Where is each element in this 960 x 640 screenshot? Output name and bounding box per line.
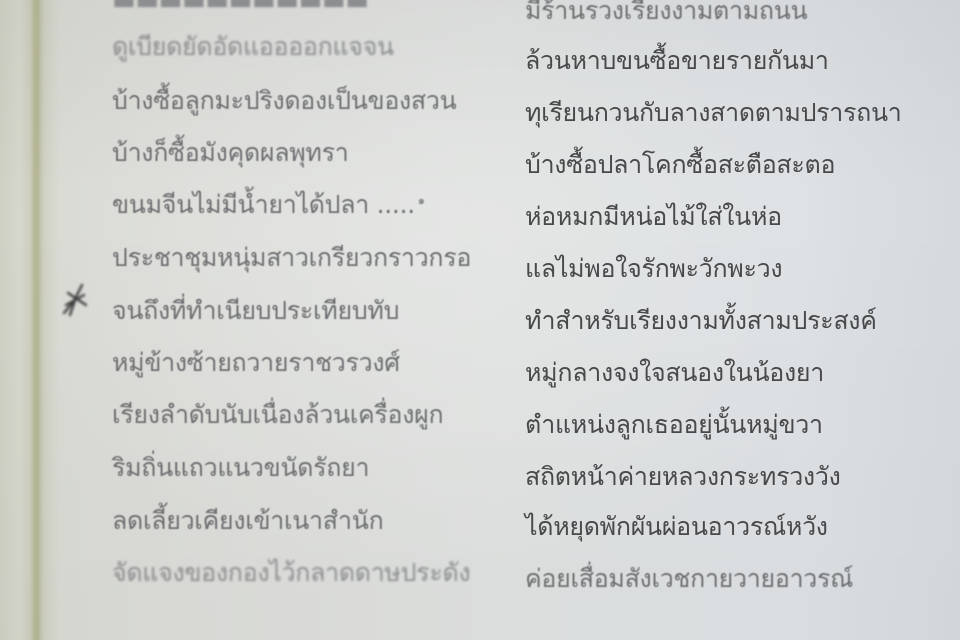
poem-line-left: หมู่ข้างซ้ายถวายราชวรวงศ์	[112, 350, 400, 375]
poem-line-right: ตำแหน่งลูกเธออยู่นั้นหมู่ขวา	[525, 412, 823, 437]
poem-line-left: ริมถิ่นแถวแนวขนัดรัถยา	[112, 455, 369, 480]
poem-line-left: บ้างซื้อลูกมะปริงดองเป็นของสวน	[112, 88, 456, 113]
footnote-marker: ๑	[418, 194, 425, 207]
poem-line-left: เรียงลำดับนับเนื่องล้วนเครื่องผูก	[112, 402, 443, 427]
poem-line-left: ▬▬▬▬▬▬▬▬▬▬▬	[112, 0, 369, 13]
poem-line-right: มีร้านรวงเรียงงามตามถนน	[525, 0, 807, 23]
poem-line-text: ขนมจีนไม่มีน้ำยาได้ปลา .....	[112, 190, 415, 219]
poem-line-right: ทำสำหรับเรียงงามทั้งสามประสงค์	[525, 308, 877, 333]
poem-line-left: บ้างก็ซื้อมังคุดผลพุทรา	[112, 140, 348, 165]
poem-line-right: หมู่กลางจงใจสนองในน้องยา	[525, 360, 824, 385]
poem-line-right: ทุเรียนกวนกับลางสาดตามปรารถนา	[525, 100, 902, 125]
poem-body: ▬▬▬▬▬▬▬▬▬▬▬ มีร้านรวงเรียงงามตามถนน ดูเบ…	[0, 0, 960, 640]
poem-line-right: แลไม่พอใจรักพะวักพะวง	[525, 256, 782, 281]
poem-line-left: จนถึงที่ทำเนียบประเทียบทับ	[112, 298, 399, 323]
poem-line-right: ค่อยเสื่อมสังเวชกายวายอาวรณ์	[525, 566, 853, 591]
poem-line-right: สถิตหน้าค่ายหลวงกระทรวงวัง	[525, 464, 840, 489]
poem-line-left: ลดเลี้ยวเคียงเข้าเนาสำนัก	[112, 508, 383, 533]
poem-line-left: จัดแจงของกองไว้กลาดดาษประดัง	[112, 560, 470, 585]
poem-line-left: ขนมจีนไม่มีน้ำยาได้ปลา .....๑	[112, 192, 425, 217]
poem-line-left: ดูเบียดยัดอัดแออออกแจจน	[112, 34, 394, 59]
poem-line-left: ประชาชุมหนุ่มสาวเกรียวกราวกรอ	[112, 245, 471, 270]
poem-line-right: ได้หยุดพักผันผ่อนอาวรณ์หวัง	[525, 514, 828, 539]
poem-line-right: ห่อหมกมีหน่อไม้ใส่ในห่อ	[525, 204, 782, 229]
poem-line-right: บ้างซื้อปลาโคกซื้อสะตือสะตอ	[525, 152, 835, 177]
poem-line-right: ล้วนหาบขนซื้อขายรายกันมา	[525, 48, 829, 73]
